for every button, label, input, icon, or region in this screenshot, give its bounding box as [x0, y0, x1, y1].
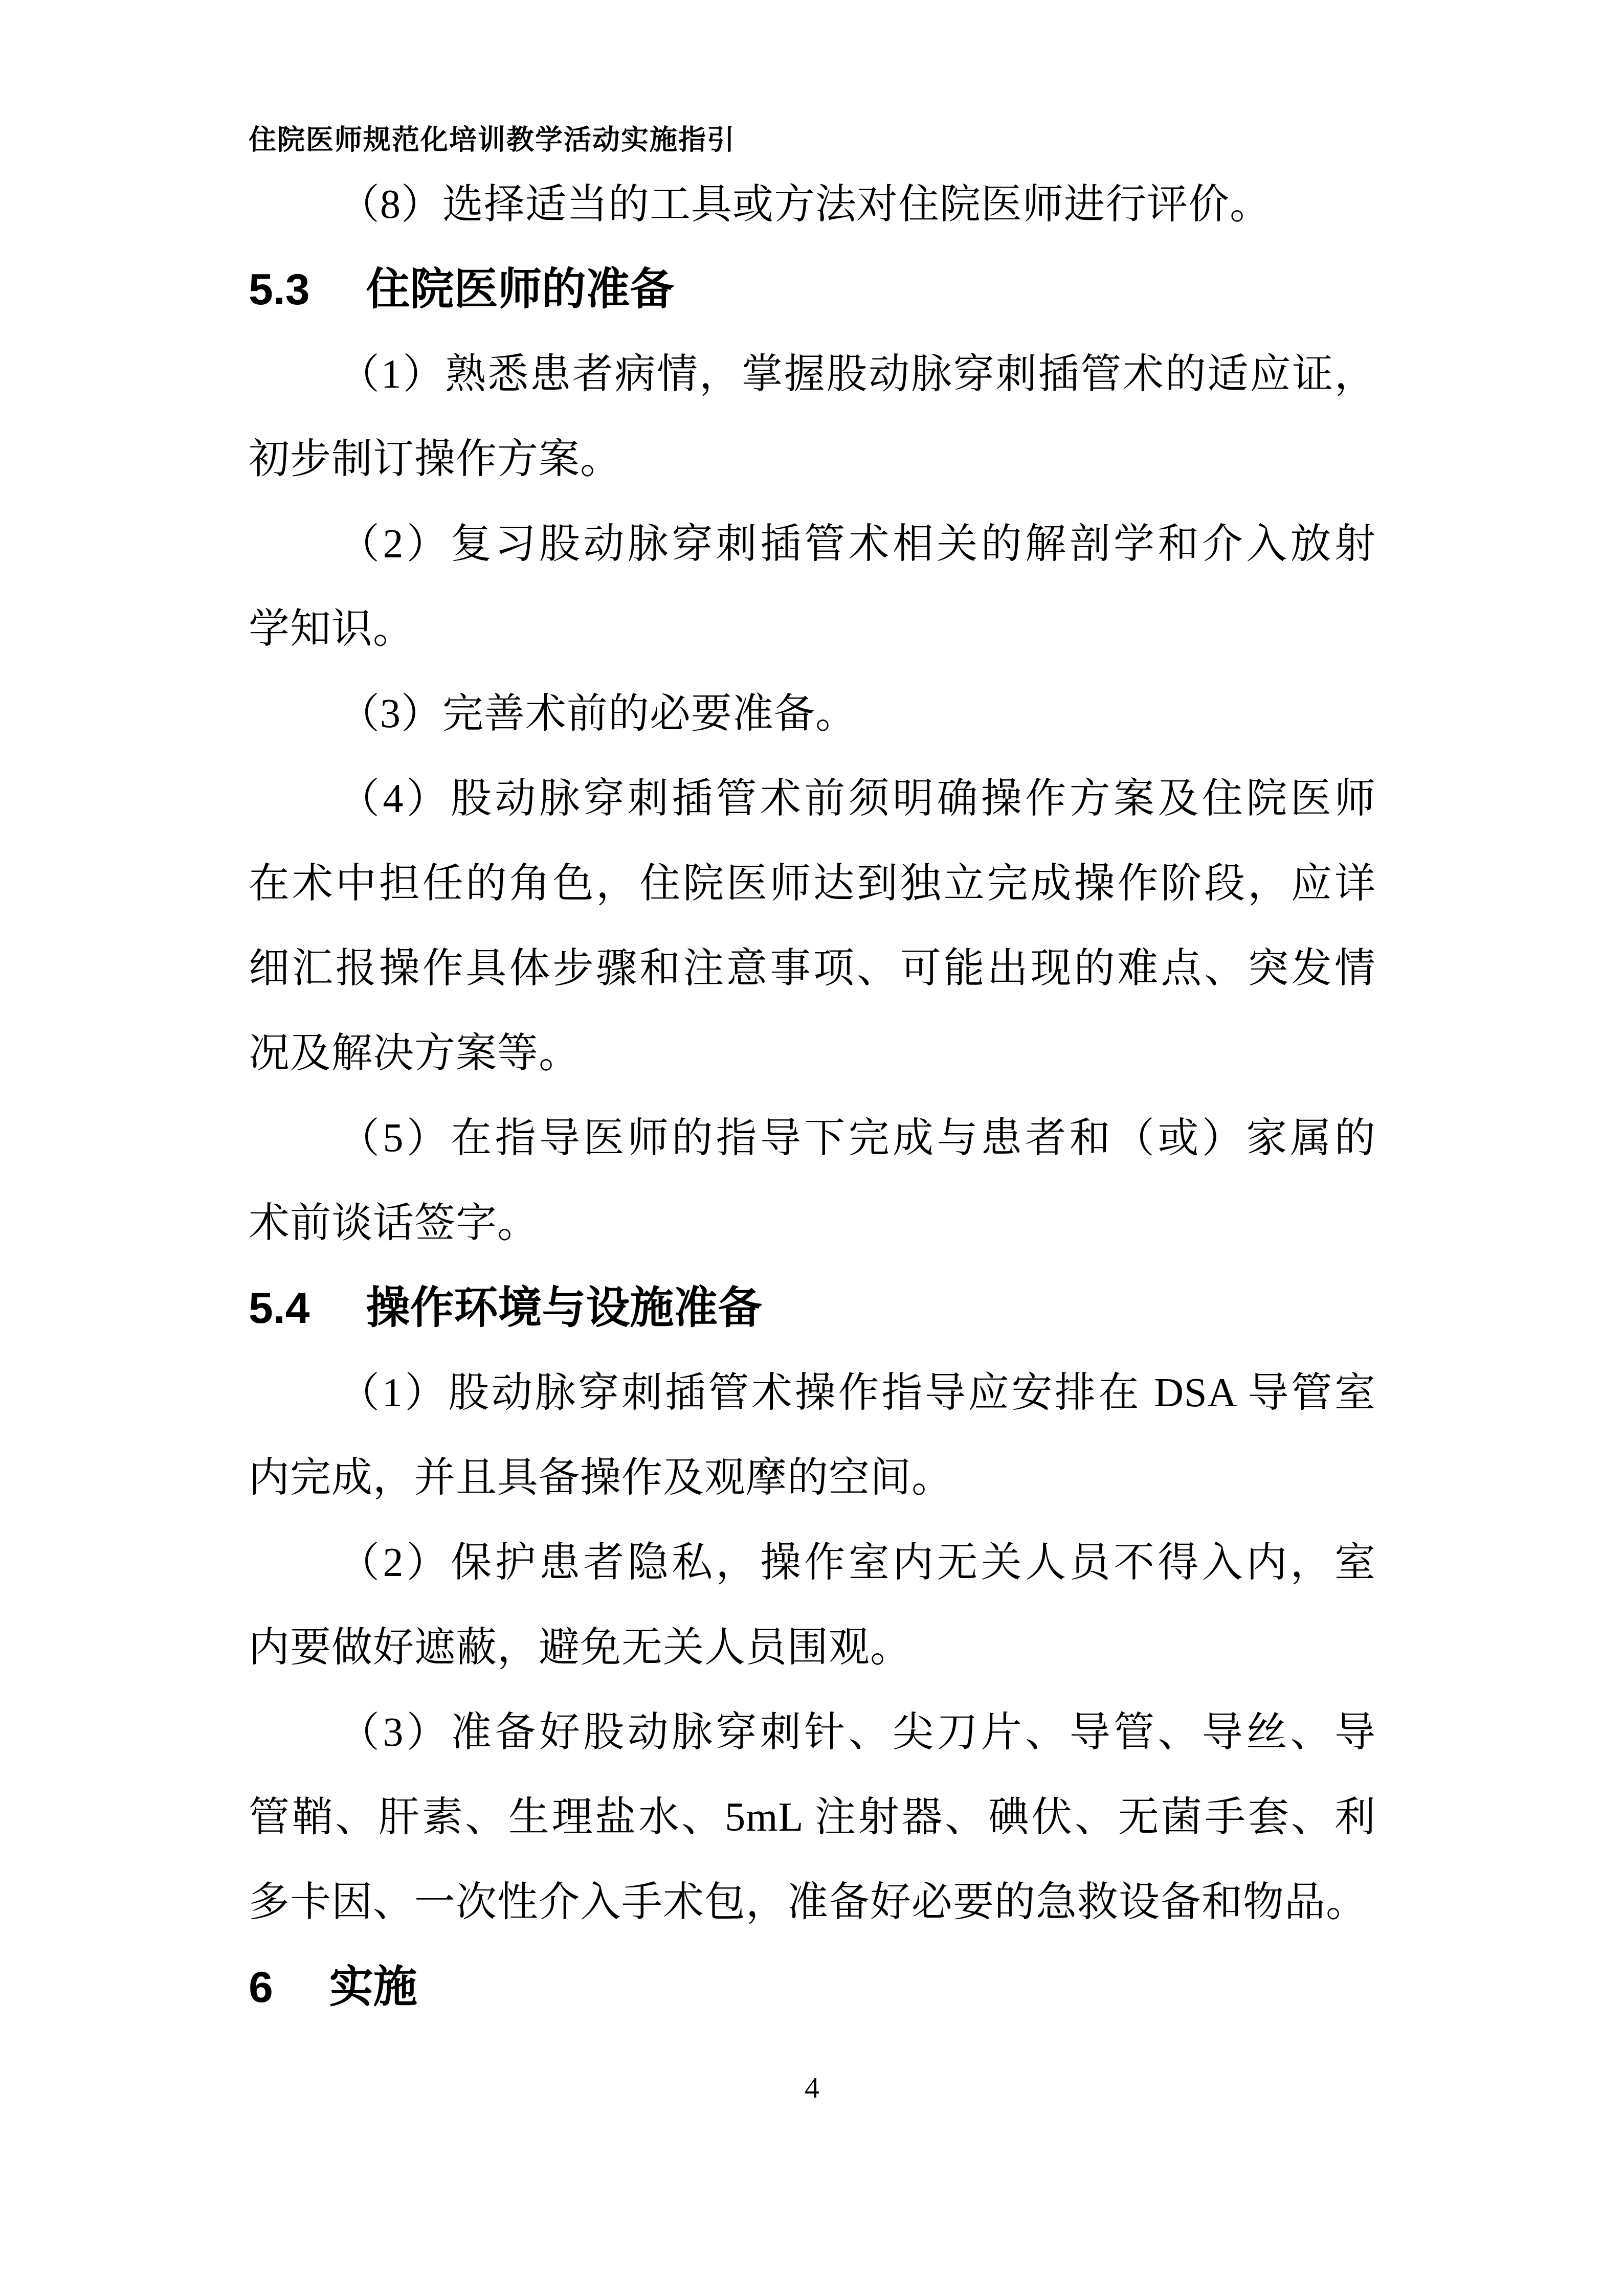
section-number: 5.3 — [249, 265, 310, 314]
section-title: 实施 — [329, 1963, 417, 2012]
para-5-4-2-line-2: 内要做好遮蔽，避免无关人员围观。 — [249, 1605, 1376, 1690]
para-5-3-2-line-2: 学知识。 — [249, 587, 1376, 671]
para-8-line-1: （8）选择适当的工具或方法对住院医师进行评价。 — [249, 162, 1376, 247]
para-5-3-4-line-3: 细汇报操作具体步骤和注意事项、可能出现的难点、突发情 — [249, 926, 1376, 1011]
para-5-3-3-line-1: （3）完善术前的必要准备。 — [249, 671, 1376, 756]
para-5-4-1-line-1: （1）股动脉穿刺插管术操作指导应安排在 DSA 导管室 — [249, 1350, 1376, 1435]
page-number: 4 — [0, 2060, 1624, 2116]
para-5-3-5-line-2: 术前谈话签字。 — [249, 1181, 1376, 1266]
section-heading-5-4: 5.4操作环境与设施准备 — [249, 1266, 1376, 1350]
para-5-4-1-line-2: 内完成，并且具备操作及观摩的空间。 — [249, 1435, 1376, 1520]
document-page: 住院医师规范化培训教学活动实施指引 （8）选择适当的工具或方法对住院医师进行评价… — [0, 0, 1624, 2296]
para-5-3-2-line-1: （2）复习股动脉穿刺插管术相关的解剖学和介入放射 — [249, 502, 1376, 587]
section-heading-6: 6实施 — [249, 1945, 1376, 2030]
document-body: （8）选择适当的工具或方法对住院医师进行评价。 5.3住院医师的准备 （1）熟悉… — [249, 162, 1376, 2030]
section-number: 5.4 — [249, 1284, 310, 1333]
section-number: 6 — [249, 1963, 273, 2012]
para-5-3-1-line-2: 初步制订操作方案。 — [249, 417, 1376, 502]
para-5-3-4-line-2: 在术中担任的角色，住院医师达到独立完成操作阶段，应详 — [249, 841, 1376, 926]
para-5-4-3-line-2: 管鞘、肝素、生理盐水、5mL 注射器、碘伏、无菌手套、利 — [249, 1775, 1376, 1860]
para-5-3-1-line-1: （1）熟悉患者病情，掌握股动脉穿刺插管术的适应证， — [249, 332, 1376, 417]
section-title: 住院医师的准备 — [366, 265, 674, 314]
section-title: 操作环境与设施准备 — [366, 1284, 762, 1333]
para-5-3-5-line-1: （5）在指导医师的指导下完成与患者和（或）家属的 — [249, 1096, 1376, 1181]
para-5-4-3-line-1: （3）准备好股动脉穿刺针、尖刀片、导管、导丝、导 — [249, 1690, 1376, 1775]
running-header: 住院医师规范化培训教学活动实施指引 — [249, 124, 736, 156]
para-5-3-4-line-1: （4）股动脉穿刺插管术前须明确操作方案及住院医师 — [249, 756, 1376, 841]
para-5-3-4-line-4: 况及解决方案等。 — [249, 1011, 1376, 1096]
section-heading-5-3: 5.3住院医师的准备 — [249, 247, 1376, 332]
para-5-4-3-line-3: 多卡因、一次性介入手术包，准备好必要的急救设备和物品。 — [249, 1860, 1376, 1945]
para-5-4-2-line-1: （2）保护患者隐私，操作室内无关人员不得入内，室 — [249, 1520, 1376, 1605]
